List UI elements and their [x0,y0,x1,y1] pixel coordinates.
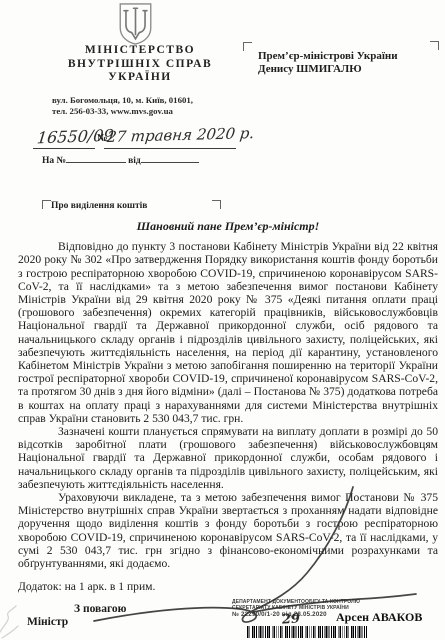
sender-ministry-name: МІНІСТЕРСТВО ВНУТРІШНІХ СПРАВ УКРАЇНИ [38,44,242,85]
page-number-handwritten: 29 [281,611,300,627]
corner-scribble [0,592,36,640]
body-paragraph: Відповідно до пункту 3 постанови Кабінет… [18,240,438,425]
recipient-block: Прем’єр-міністрові України Денису ШМИГАЛ… [258,50,433,75]
closing-phrase: З повагою [74,603,126,615]
reply-number-label: На № [42,156,66,166]
ministry-name-line: ВНУТРІШНІХ СПРАВ [38,58,242,72]
recipient-corner-mark [243,42,252,51]
sender-address-line: тел. 256-03-33, www.mvs.gov.ua [52,106,232,117]
reply-number-blank [66,153,126,163]
stamp-registration-number: № 22290/0/1-20 від 28.05.2020 [232,612,390,618]
reply-date-blank [141,153,199,163]
subject-line: Про виділення коштів [51,201,147,211]
salutation: Шановний пане Прем’єр-міністр! [18,220,438,233]
reply-date-label: від [128,156,141,166]
reply-reference-line: На №від [42,153,199,166]
body-paragraph: Зазначені кошти планується спрямувати на… [18,425,438,491]
recipient-title: Прем’єр-міністрові України [258,50,433,63]
ministry-name-line: МІНІСТЕРСТВО [38,44,242,58]
sender-address: вул. Богомольця, 10, м. Київ, 01601, тел… [52,95,232,116]
recipient-name: Денису ШМИГАЛЮ [258,63,433,76]
letter-body: Шановний пане Прем’єр-міністр! Відповідн… [18,220,438,593]
registration-stamp: ДЕПАРТАМЕНТ ДОКУМЕНТООБІГУ ТА КОНТРОЛЮ С… [232,599,390,618]
subject-corner-mark [42,200,51,209]
recipient-corner-mark [430,41,439,50]
reference-underline [104,148,236,149]
reference-underline [33,148,95,149]
scanned-letter-page: МІНІСТЕРСТВО ВНУТРІШНІХ СПРАВ УКРАЇНИ ву… [0,0,445,640]
ukraine-trident-emblem-icon [119,3,152,45]
outgoing-date-handwritten: 27 травня 2020 р. [106,124,255,146]
sender-address-line: вул. Богомольця, 10, м. Київ, 01601, [52,95,232,106]
body-paragraph: Ураховуючи викладене, та з метою забезпе… [18,491,438,570]
ministry-name-line: УКРАЇНИ [38,71,242,85]
barcode [247,626,367,638]
attachment-note: Додаток: на 1 арк. в 1 прим. [18,580,438,593]
subject-corner-mark [212,200,221,209]
